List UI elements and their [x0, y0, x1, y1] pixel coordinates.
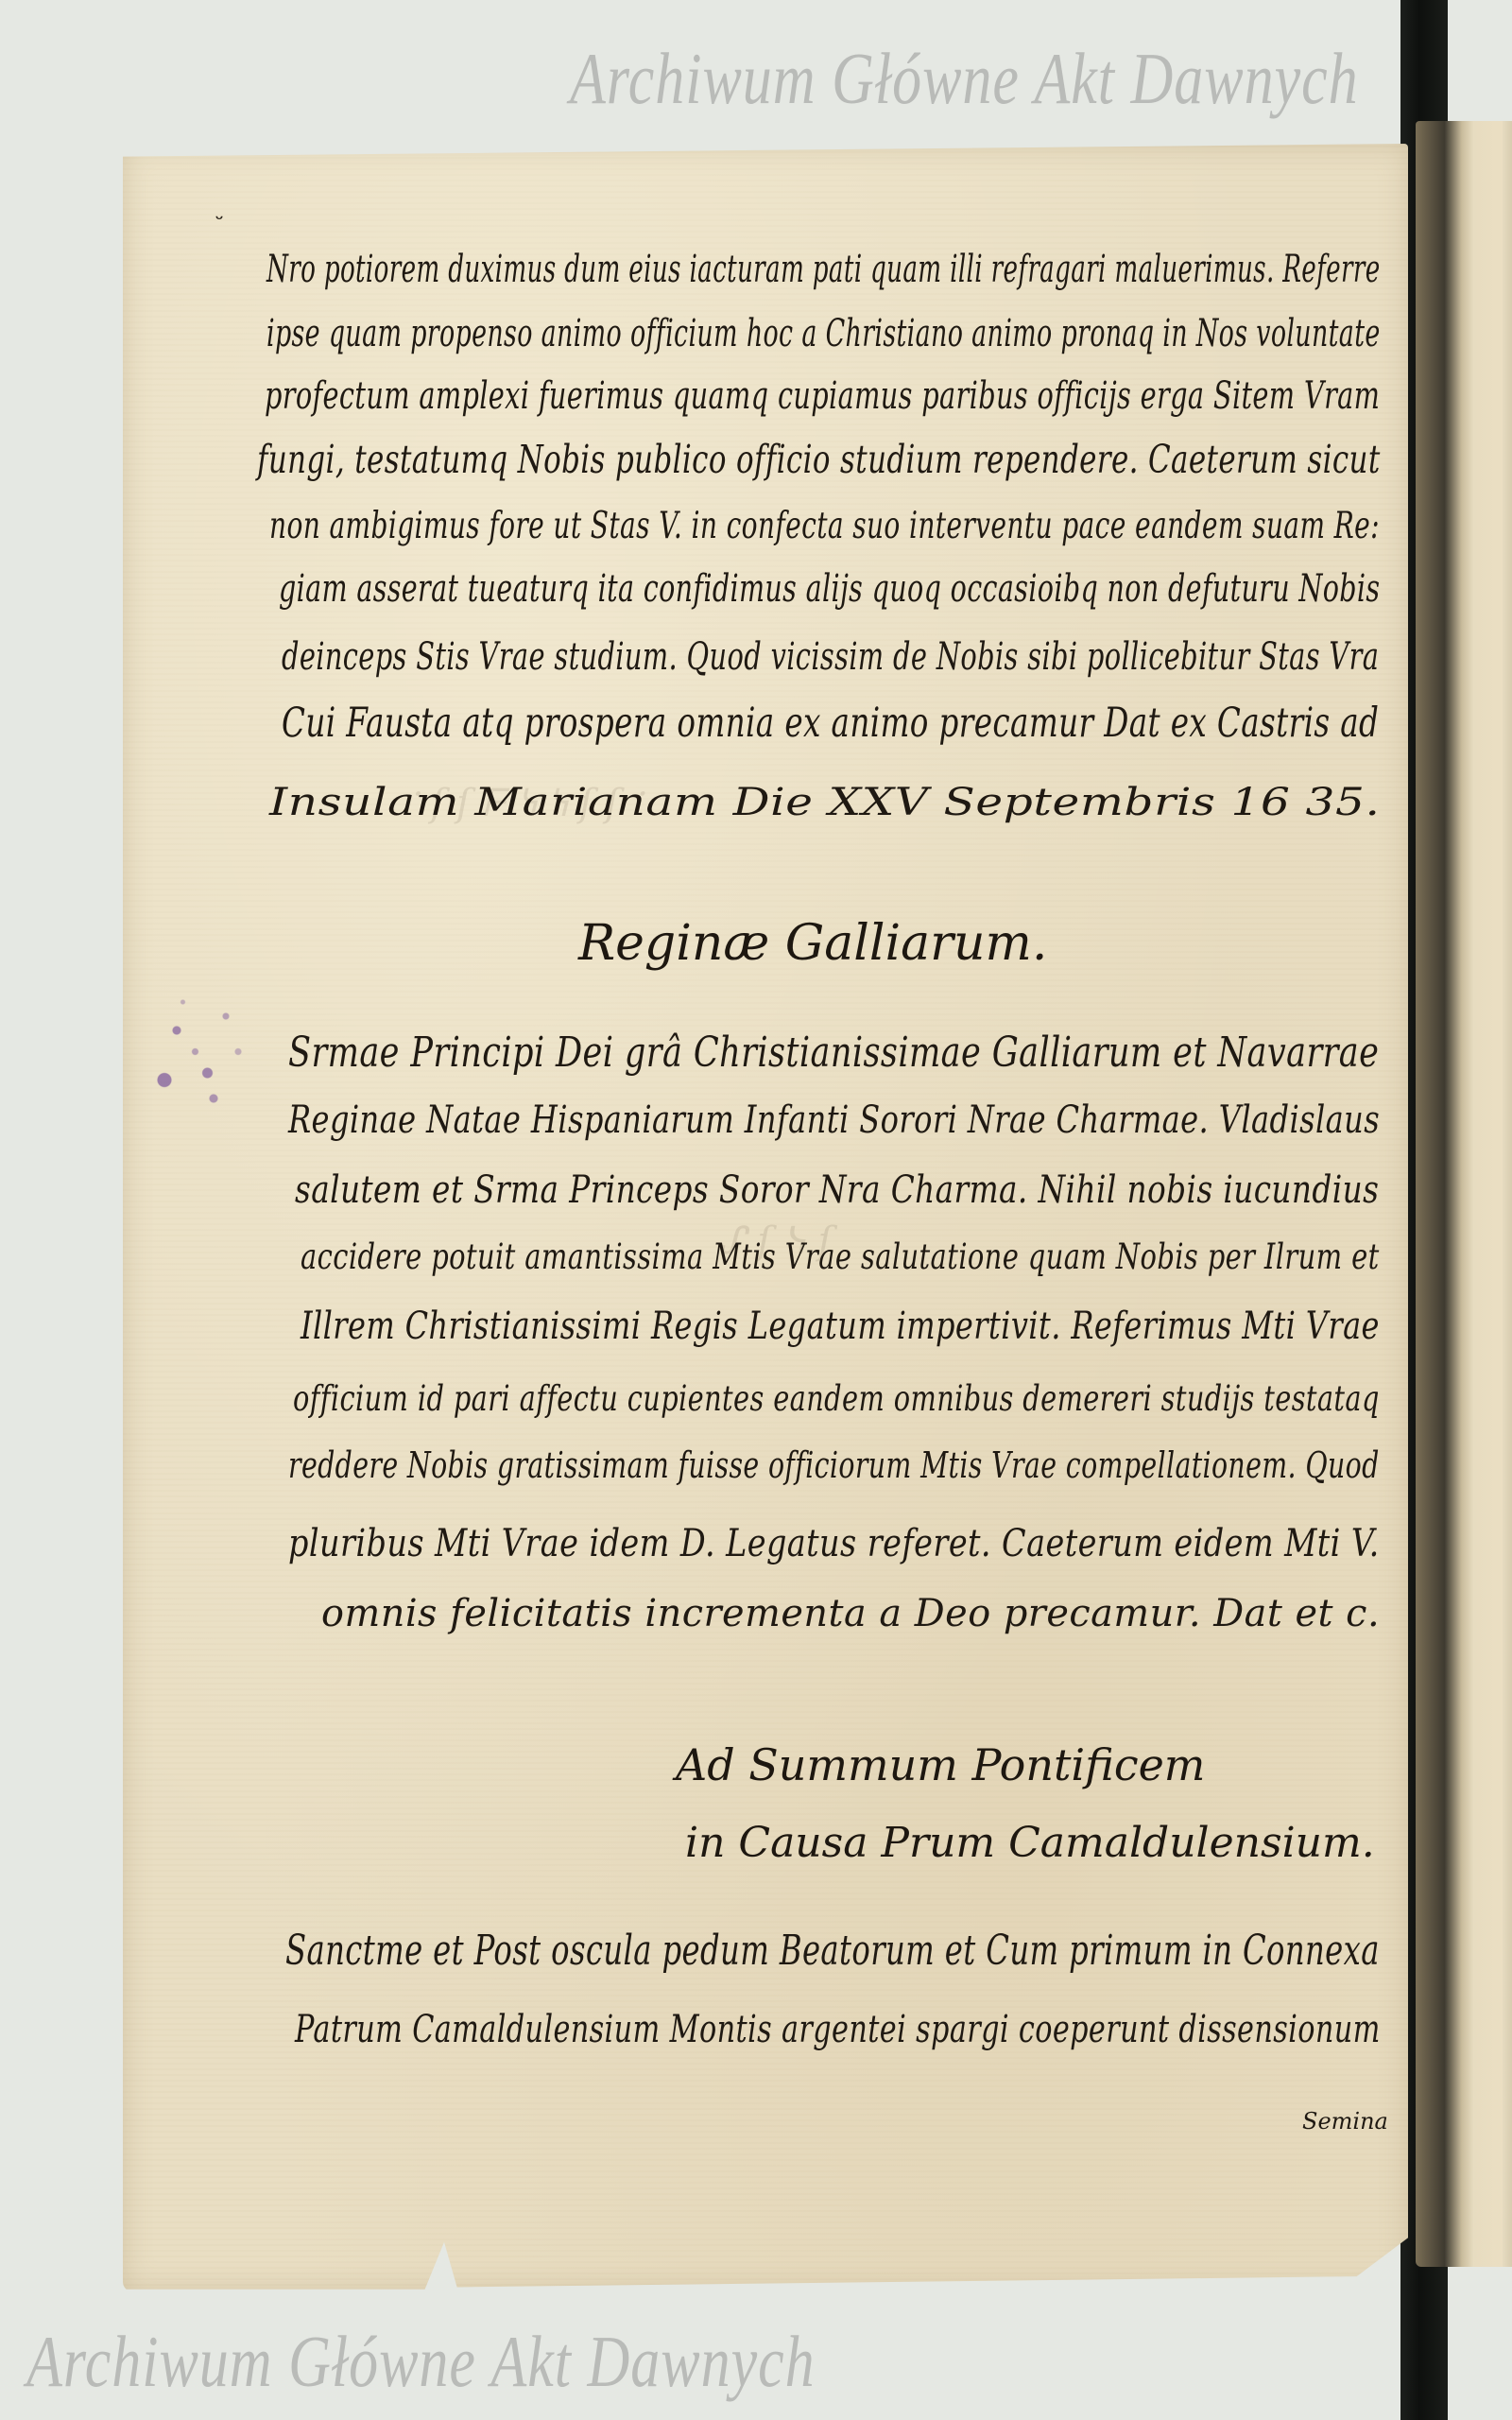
section-heading-regina-galliarum: Reginæ Galliarum.	[578, 915, 1047, 972]
text-line: giam asserat tueaturq ita confidimus ali…	[279, 567, 1380, 611]
section-heading-ad-summum-pontificem: Ad Summum Pontificem	[676, 1739, 1205, 1790]
text-line: fungi, testatumq Nobis publico officio s…	[257, 437, 1381, 482]
text-line: Insulam Marianam Die XXV Septembris 16 3…	[269, 781, 1381, 824]
text-line: officium id pari affectu cupientes eande…	[293, 1378, 1380, 1419]
facing-page-edge	[1416, 121, 1512, 2267]
text-line: Illrem Christianissimi Regis Legatum imp…	[301, 1305, 1380, 1348]
archive-watermark-bottom: Archiwum Główne Akt Dawnych	[26, 2321, 816, 2405]
section-heading-in-causa: in Causa Prum Camaldulensium.	[685, 1819, 1375, 1867]
text-line: Cui Fausta atq prospera omnia ex animo p…	[282, 700, 1379, 747]
text-line: pluribus Mti Vrae idem D. Legatus refere…	[288, 1522, 1380, 1565]
text-line: Srmae Principi Dei grâ Christianissimae …	[288, 1028, 1379, 1077]
text-line: ipse quam propenso animo officium hoc a …	[266, 312, 1381, 355]
catchword: Semina	[1302, 2108, 1388, 2135]
text-line: Patrum Camaldulensium Montis argentei sp…	[295, 2008, 1381, 2051]
text-line: Sanctme et Post oscula pedum Beatorum et…	[285, 1927, 1380, 1975]
archive-watermark-top: Archiwum Główne Akt Dawnych	[570, 38, 1359, 122]
text-line: accidere potuit amantissima Mtis Vrae sa…	[301, 1236, 1380, 1277]
text-line: Nro potiorem duximus dum eius iacturam p…	[266, 248, 1381, 291]
text-line: salutem et Srma Princeps Soror Nra Charm…	[295, 1168, 1379, 1212]
text-line: non ambigimus fore ut Stas V. in confect…	[269, 505, 1380, 547]
text-line: omnis felicitatis incrementa a Deo preca…	[321, 1592, 1380, 1635]
text-line: Reginae Natae Hispaniarum Infanti Sorori…	[288, 1098, 1380, 1142]
text-line: deinceps Stis Vrae studium. Quod vicissi…	[282, 635, 1379, 679]
purple-ink-stamp	[140, 974, 263, 1115]
text-line: reddere Nobis gratissimam fuisse officio…	[288, 1444, 1380, 1486]
text-line: profectum amplexi fuerimus quamq cupiamu…	[265, 374, 1380, 418]
